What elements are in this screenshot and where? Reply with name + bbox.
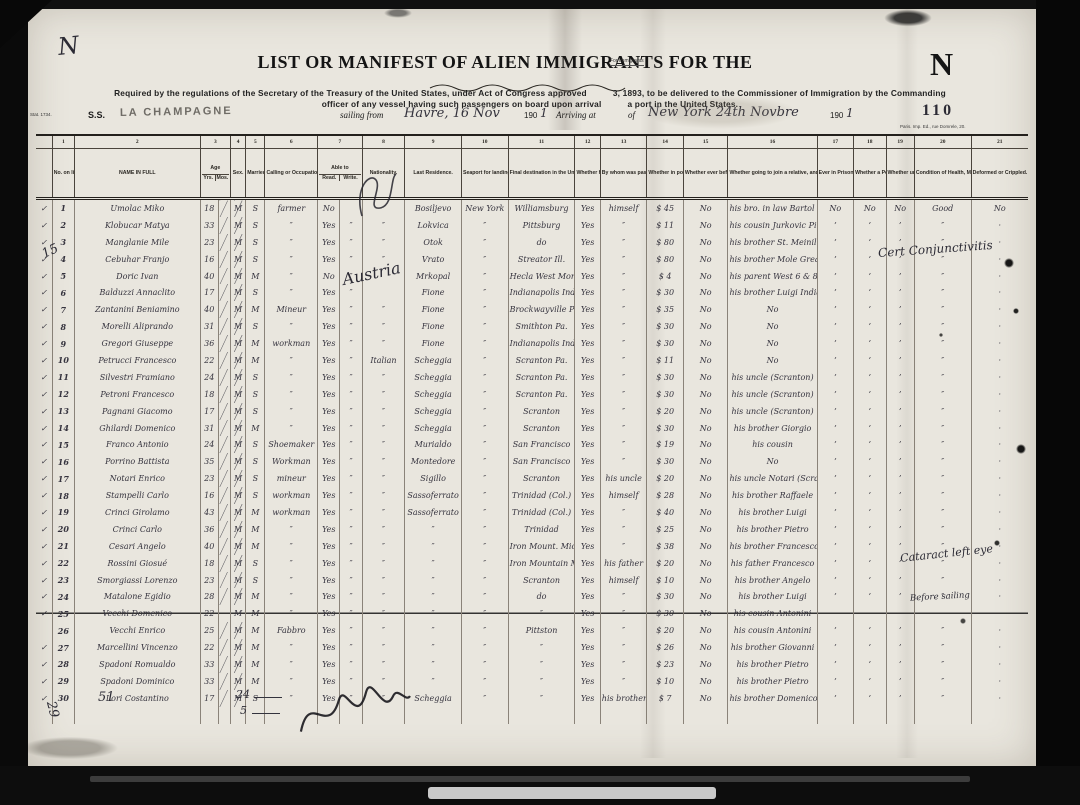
cell-no: 10 [52,352,74,369]
cell-name: Ghilardi Domenico [74,420,200,437]
cell-before: No [683,622,728,639]
cell-yrs: 16 [200,487,218,504]
cell-health: ″ [914,335,971,352]
cell-occ: ″ [265,420,318,437]
cell-money: $ 28 [647,487,683,504]
cell-rel: his brother Luigi [728,588,817,605]
cell-nat: ″ [362,538,405,555]
cell-mos [218,234,230,251]
cell-dest: Trinidad [508,521,575,538]
cell-no: 11 [52,369,74,386]
cell-sex: M [231,656,246,673]
table-row: ✓24Matalone Egidio28MM″Yes″″″″doYes″$ 30… [36,588,1028,605]
cell-name: Balduzzi Annaclito [74,284,200,301]
cell-contract: ’ [886,487,914,504]
cell-occ: ″ [265,521,318,538]
cell-poly: ’ [854,386,886,403]
margin-column-label [36,149,52,199]
cell-yrs: 33 [200,217,218,234]
cell-mos [218,639,230,656]
cell-rel: No [728,301,817,318]
cell-name: Gregori Giuseppe [74,335,200,352]
cell-port: ″ [461,470,508,487]
cell-health: ″ [914,386,971,403]
cell-occ: ″ [265,588,318,605]
cell-rel: his cousin Antonini [728,622,817,639]
empty-cell [817,707,853,724]
cell-mos [218,521,230,538]
table-row: ✓22Rossini Giosué18MS″Yes″″″″Iron Mounta… [36,555,1028,572]
cell-def: · [971,470,1028,487]
cell-name: Petroni Francesco [74,386,200,403]
col-num-14: 14 [647,135,683,149]
cell-prison: ’ [817,301,853,318]
cell-def: · [971,453,1028,470]
cell-health: ″ [914,487,971,504]
tally-line [254,697,282,698]
cell-write: ″ [340,335,362,352]
cell-def: · [971,673,1028,690]
col-label-married: Married or Single. [246,149,265,199]
cell-yrs: 23 [200,572,218,589]
cell-prison: ’ [817,639,853,656]
cell-yrs: 22 [200,352,218,369]
col-num-15: 15 [683,135,728,149]
cell-ticket: Yes [575,217,600,234]
table-row: ✓19Crinci Girolamo43MMworkmanYes″″Sassof… [36,504,1028,521]
cell-ms: S [246,386,265,403]
col-num-18: 18 [854,135,886,149]
cell-chk: ✓ [36,403,52,420]
cell-yrs: 17 [200,690,218,707]
cell-res: ″ [405,656,462,673]
table-row: ✓14Ghilardi Domenico31MM″Yes″″Scheggia″S… [36,420,1028,437]
cell-prison: ’ [817,386,853,403]
cell-nat: ″ [362,605,405,622]
cell-chk: ✓ [36,386,52,403]
sailing-date-handwritten: Havre, 16 Nov [404,106,500,121]
cell-ms: M [246,639,265,656]
empty-cell [854,707,886,724]
cell-chk: ✓ [36,572,52,589]
cell-dest: San Francisco [508,436,575,453]
cell-money: $ 10 [647,572,683,589]
cell-before: No [683,420,728,437]
cell-no: 13 [52,403,74,420]
cell-port: ″ [461,453,508,470]
cell-chk: ✓ [36,453,52,470]
cell-occ: ″ [265,639,318,656]
cell-before: No [683,605,728,622]
cell-write: ″ [340,487,362,504]
cell-ms: S [246,470,265,487]
cell-chk: ✓ [36,335,52,352]
manifest-table: 1 2 3 4 5 6 7 8 9 10 11 12 13 14 15 16 1… [36,134,1028,724]
cell-paid: ″ [600,453,647,470]
table-row: ✓27Marcellini Vincenzo22MM″Yes″″″″″Yes″$… [36,639,1028,656]
cell-name: Cebuhar Franjo [74,251,200,268]
age-mos-label: Mos. [215,175,229,182]
table-row: ✓7Zantanini Beniamino40MMMineurYes″″Fion… [36,301,1028,318]
cell-def [971,605,1028,622]
voyage-line: S.S. LA CHAMPAGNE sailing from Havre, 16… [88,106,988,124]
cell-before: No [683,538,728,555]
cell-paid: ″ [600,251,647,268]
cell-yrs: 40 [200,538,218,555]
cell-read: Yes [318,284,340,301]
cell-res: Lokvica [405,217,462,234]
cell-occ: ″ [265,352,318,369]
cell-occ: ″ [265,403,318,420]
cell-port: ″ [461,301,508,318]
cell-def: · [971,420,1028,437]
cell-rel: his brother Francesco Porella [728,538,817,555]
cell-nat: ″ [362,301,405,318]
cell-contract: ’ [886,521,914,538]
cell-port: ″ [461,521,508,538]
cell-poly: ’ [854,572,886,589]
cell-sex: M [231,420,246,437]
cell-health: ″ [914,521,971,538]
cell-name: Rossini Giosué [74,555,200,572]
cell-contract: ’ [886,301,914,318]
cell-write: ″ [340,386,362,403]
cell-ticket: Yes [575,369,600,386]
col-num-7: 7 [318,135,363,149]
cell-read: Yes [318,420,340,437]
col-num-19: 19 [886,135,914,149]
cell-poly: ’ [854,335,886,352]
scan-edge-top [0,0,1080,9]
cell-res: ″ [405,605,462,622]
page-number-stamp: 110 [922,102,954,120]
cell-paid: himself [600,487,647,504]
cell-chk: ✓ [36,521,52,538]
cell-nat: ″ [362,470,405,487]
col-num-2: 2 [74,135,200,149]
cell-write: ″ [340,436,362,453]
cell-health: ″ [914,369,971,386]
cell-paid: ″ [600,386,647,403]
col-label-money: Whether in possession of money, if so, w… [647,149,683,199]
cell-poly: ’ [854,352,886,369]
cell-ticket: Yes [575,284,600,301]
cell-ms: S [246,555,265,572]
cell-paid: ″ [600,538,647,555]
cell-prison: ’ [817,335,853,352]
cell-prison: ’ [817,352,853,369]
cell-before: No [683,403,728,420]
cell-rel: his brother Pietro [728,656,817,673]
cell-no: 20 [52,521,74,538]
cell-mos [218,251,230,268]
cell-mos [218,588,230,605]
cell-no: 29 [52,673,74,690]
cell-dest: Scranton Pa. [508,352,575,369]
cell-port: ″ [461,656,508,673]
cell-nat: ″ [362,453,405,470]
cell-prison: ’ [817,521,853,538]
cell-read: No [318,199,340,217]
cell-poly: ’ [854,453,886,470]
cell-yrs: 25 [200,622,218,639]
cell-health: ″ [914,453,971,470]
cell-no: 26 [52,622,74,639]
cell-chk: ✓ [36,318,52,335]
cell-rel: No [728,453,817,470]
col-label-sex: Sex. [231,149,246,199]
cell-ms: S [246,403,265,420]
cell-ticket: Yes [575,639,600,656]
cell-contract: ’ [886,335,914,352]
col-num-13: 13 [600,135,647,149]
cell-mos [218,217,230,234]
cell-dest: Smithton Pa. [508,318,575,335]
cell-rel: No [728,335,817,352]
cell-dest: Indianapolis Ind. [508,284,575,301]
cell-money: $ 30 [647,588,683,605]
cell-ms: S [246,199,265,217]
cell-occ: workman [265,504,318,521]
cell-res: Fione [405,301,462,318]
cell-money: $ 11 [647,217,683,234]
cell-occ: ″ [265,605,318,622]
cell-paid: himself [600,199,647,217]
cell-yrs: 33 [200,656,218,673]
scanned-manifest-page: LIST OR MANIFEST OF ALIEN IMMIGRANTS FOR… [0,0,1080,805]
cell-before: No [683,199,728,217]
cell-dest: do [508,234,575,251]
cell-health: ″ [914,436,971,453]
cell-health: ″ [914,301,971,318]
cell-ms: S [246,284,265,301]
cell-mos [218,673,230,690]
cell-before: No [683,673,728,690]
cell-money: $ 30 [647,605,683,622]
cell-nat: ″ [362,335,405,352]
cell-yrs: 18 [200,386,218,403]
year-printed-1: 190 [524,111,537,120]
cell-contract: ’ [886,369,914,386]
cell-ms: S [246,572,265,589]
cell-no: 22 [52,555,74,572]
cell-money: $ 40 [647,504,683,521]
cell-port: ″ [461,251,508,268]
cell-sex: M [231,572,246,589]
cell-prison: ’ [817,251,853,268]
cell-rel: his bro. in law Bartol Williamsburg [728,199,817,217]
cell-poly: ’ [854,268,886,285]
cell-before: No [683,521,728,538]
of-label: of [628,110,635,120]
cell-poly: ’ [854,521,886,538]
cell-yrs: 22 [200,639,218,656]
table-row: ✓30Lori Costantino17MS″Yes″″Scheggia″″Ye… [36,690,1028,707]
cell-paid: ″ [600,622,647,639]
cell-prison: ’ [817,217,853,234]
cell-def: · [971,588,1028,605]
cell-nat: ″ [362,234,405,251]
cell-no: 14 [52,420,74,437]
cell-yrs: 24 [200,436,218,453]
age-sub-labels: Yrs. Mos. [202,174,229,182]
cell-rel: his uncle (Scranton) [728,369,817,386]
cell-dest: Trinidad (Col.) [508,487,575,504]
cell-poly: ’ [854,318,886,335]
cell-mos [218,656,230,673]
col-label-age: Age Yrs. Mos. [200,149,230,199]
column-number-row: 1 2 3 4 5 6 7 8 9 10 11 12 13 14 15 16 1… [36,135,1028,149]
cell-port: ″ [461,487,508,504]
col-label-deformed: Deformed or Crippled. Nature and Cause. [971,149,1028,199]
cell-sex: M [231,436,246,453]
stamp-letter-n: N [930,46,953,83]
cell-chk [36,622,52,639]
cell-port: ″ [461,217,508,234]
cell-write: ″ [340,420,362,437]
cell-read: Yes [318,369,340,386]
cell-ms: M [246,268,265,285]
cell-prison: ’ [817,588,853,605]
cell-contract: ’ [886,386,914,403]
cell-contract: ’ [886,690,914,707]
cell-dest: ″ [508,656,575,673]
empty-cell [461,707,508,724]
cell-write: ″ [340,301,362,318]
cell-health: ″ [914,639,971,656]
cell-health: ″ [914,504,971,521]
cell-name: Zantanini Beniamino [74,301,200,318]
cell-port: ″ [461,572,508,589]
cell-ticket: Yes [575,352,600,369]
cell-read: Yes [318,521,340,538]
cell-sex: M [231,605,246,622]
cell-yrs: 36 [200,335,218,352]
cell-money: $ 35 [647,301,683,318]
cell-before: No [683,251,728,268]
cell-ms: M [246,335,265,352]
cell-dest: do [508,588,575,605]
cell-name: Porrino Battista [74,453,200,470]
cell-paid: his uncle [600,470,647,487]
empty-cell [218,707,230,724]
cell-ticket: Yes [575,521,600,538]
cell-no: 17 [52,470,74,487]
cell-poly: ’ [854,369,886,386]
cell-dest: Scranton [508,420,575,437]
empty-cell [914,707,971,724]
cell-def: · [971,251,1028,268]
cell-health: ″ [914,352,971,369]
cell-name: Smorgiassi Lorenzo [74,572,200,589]
scan-bottom-strip [90,776,970,782]
cell-write: ″ [340,234,362,251]
cell-read: Yes [318,234,340,251]
cell-health: ″ [914,403,971,420]
cell-occ: Workman [265,453,318,470]
cell-nat: ″ [362,420,405,437]
cell-ms: S [246,369,265,386]
cell-health: ″ [914,656,971,673]
cell-ms: M [246,622,265,639]
cell-read: Yes [318,217,340,234]
empty-cell [886,707,914,724]
cell-ticket: Yes [575,436,600,453]
cell-contract: ’ [886,504,914,521]
table-row: ✓13Pagnani Giacomo17MS″Yes″″Scheggia″Scr… [36,403,1028,420]
cell-port: ″ [461,318,508,335]
cell-port: ″ [461,538,508,555]
cell-res: ″ [405,555,462,572]
cell-yrs: 33 [200,673,218,690]
col-num-11: 11 [508,135,575,149]
cell-name: Manglanie Mile [74,234,200,251]
cell-nat: ″ [362,555,405,572]
cell-sex: M [231,318,246,335]
cell-sex: M [231,369,246,386]
cell-read: Yes [318,555,340,572]
cell-yrs: 23 [200,470,218,487]
cell-name: Stampelli Carlo [74,487,200,504]
cell-sex: M [231,538,246,555]
col-label-name: NAME IN FULL [74,149,200,199]
cell-dest: Pittsburg [508,217,575,234]
cell-rel: his uncle (Scranton) [728,403,817,420]
cell-rel: his uncle (Scranton) [728,386,817,403]
cell-mos [218,504,230,521]
cell-port: ″ [461,284,508,301]
empty-ruled-row [36,707,1028,724]
cell-poly: ’ [854,487,886,504]
cell-prison: ’ [817,690,853,707]
cell-mos [218,690,230,707]
cell-yrs: 40 [200,268,218,285]
cell-write: ″ [340,504,362,521]
cell-rel: his parent West 6 & 8 [728,268,817,285]
cell-dest: Indianapolis Ind. [508,335,575,352]
cell-port: ″ [461,369,508,386]
cell-res: ″ [405,673,462,690]
cell-def: · [971,572,1028,589]
cell-paid: ″ [600,605,647,622]
cell-rel: his brother Pietro [728,673,817,690]
cell-name: Marcellini Vincenzo [74,639,200,656]
cell-read: Yes [318,386,340,403]
col-num-1: 1 [52,135,74,149]
cell-ticket: Yes [575,605,600,622]
cell-write: ″ [340,588,362,605]
requirement-line-1: Required by the regulations of the Secre… [50,88,1010,98]
cell-contract: ’ [886,656,914,673]
cell-ms: M [246,538,265,555]
col-label-ever-before: Whether ever before in the United States… [683,149,728,199]
cell-read: Yes [318,403,340,420]
empty-cell [246,707,265,724]
cell-occ: Fabbro [265,622,318,639]
cell-read: Yes [318,572,340,589]
cell-sex: M [231,403,246,420]
cell-yrs: 31 [200,318,218,335]
cell-rel: his cousin [728,436,817,453]
cell-paid: his brother [600,690,647,707]
empty-cell [200,707,218,724]
cell-name: Lori Costantino [74,690,200,707]
cell-sex: M [231,268,246,285]
cell-write: ″ [340,656,362,673]
cell-yrs: 16 [200,251,218,268]
cell-write: ″ [340,403,362,420]
cell-chk: ✓ [36,436,52,453]
